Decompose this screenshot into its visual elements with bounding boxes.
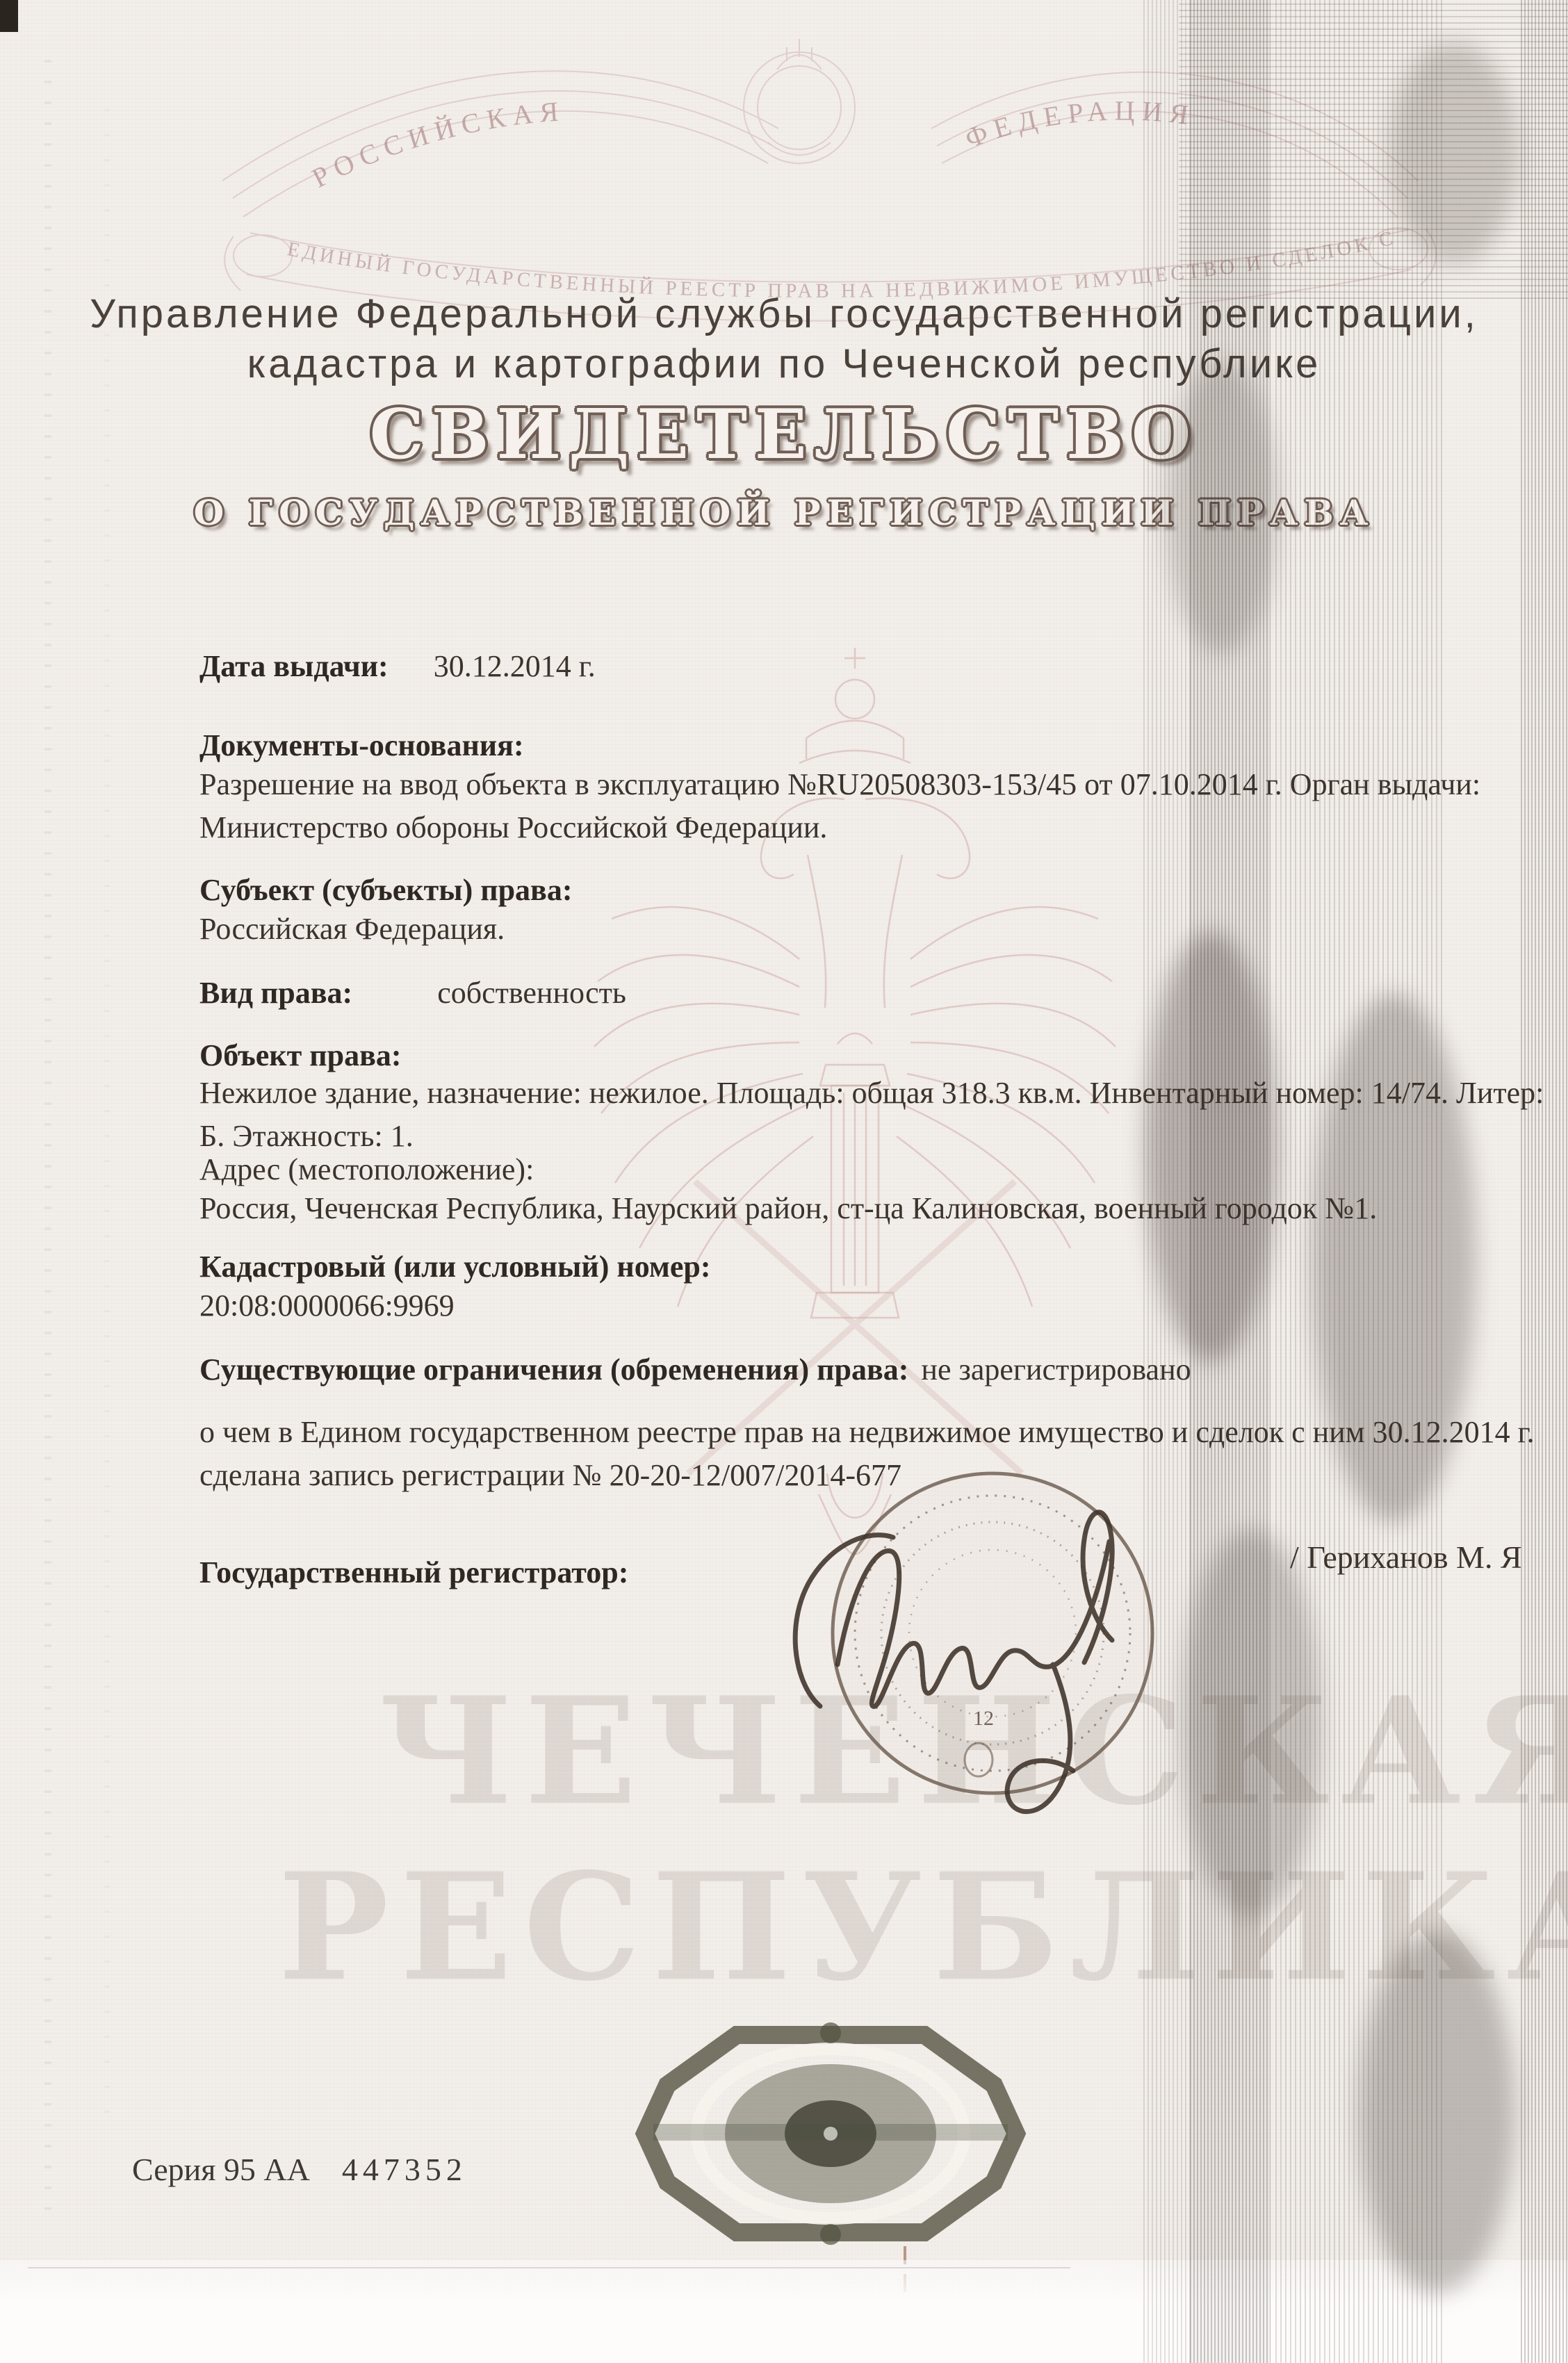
watermark-line2: РЕСПУБЛИКА [278,1840,1568,2013]
issue-date-row: Дата выдачи:30.12.2014 г. [199,645,596,688]
basis-text: Разрешение на ввод объекта в эксплуатаци… [199,763,1548,850]
series-line: Серия 95 АА447352 [132,2151,467,2188]
right-type-row: Вид права:собственность [199,972,626,1015]
registry-ribbon-text: ЕДИНЫЙ ГОСУДАРСТВЕННЫЙ РЕЕСТР ПРАВ НА НЕ… [0,0,1398,302]
restrictions-label: Существующие ограничения (обременения) п… [199,1352,908,1387]
registry-record-text: о чем в Едином государственном реестре п… [199,1411,1548,1498]
banner-right-text: ФЕДЕРАЦИЯ [961,95,1197,154]
corner-scan-mark [0,0,18,32]
certificate-subtitle: О ГОСУДАРСТВЕННОЙ РЕГИСТРАЦИИ ПРАВА [0,492,1568,533]
org-name-line2: кадастра и картографии по Чеченской респ… [0,341,1568,387]
series-number: 447352 [342,2152,467,2187]
address-value: Россия, Чеченская Республика, Наурский р… [199,1187,1548,1230]
cadastral-label: Кадастровый (или условный) номер: [199,1245,711,1289]
object-text: Нежилое здание, назначение: нежилое. Пло… [199,1072,1548,1159]
bottom-scan-rule [28,2267,1070,2268]
right-type-value: собственность [437,976,626,1010]
svg-text:ЕДИНЫЙ ГОСУДАРСТВЕННЫЙ РЕЕСТР: ЕДИНЫЙ ГОСУДАРСТВЕННЫЙ РЕЕСТР ПРАВ НА НЕ… [0,0,1398,302]
series-label: Серия 95 АА [132,2152,310,2187]
subject-label: Субъект (субъекты) права: [199,869,572,912]
org-name-line1: Управление Федеральной службы государств… [0,291,1568,337]
banner-left-text: РОССИЙСКАЯ [307,95,566,194]
registrar-name: Гериханов М. Я [1307,1539,1521,1575]
top-ornament [222,39,1436,321]
issue-date-label: Дата выдачи: [199,649,389,683]
certificate-page: РОССИЙСКАЯ ФЕДЕРАЦИЯ ЕДИНЫЙ ГОСУДАРСТВЕН… [0,0,1568,2363]
restrictions-value: не зарегистрировано [921,1352,1191,1387]
basis-label: Документы-основания: [199,724,524,767]
restrictions-row: Существующие ограничения (обременения) п… [199,1348,1191,1391]
subject-value: Российская Федерация. [199,908,505,951]
address-label: Адрес (местоположение): [199,1148,534,1191]
registrar-name-block: / Гериханов М. Я [1290,1539,1522,1576]
scan-crosshatch-top [1179,0,1568,299]
svg-text:РОССИЙСКАЯ: РОССИЙСКАЯ [307,95,566,194]
bottom-white-strip [0,2260,1568,2363]
svg-text:ФЕДЕРАЦИЯ: ФЕДЕРАЦИЯ [961,95,1197,154]
top-ornament-banner-text: РОССИЙСКАЯ ФЕДЕРАЦИЯ ЕДИНЫЙ ГОСУДАРСТВЕН… [0,0,1398,302]
registrar-slash: / [1290,1539,1299,1575]
cadastral-value: 20:08:0000066:9969 [199,1284,455,1327]
watermark-line1: ЧЕЧЕНСКАЯ [379,1665,1568,1838]
right-type-label: Вид права: [199,976,352,1010]
issue-date-value: 30.12.2014 г. [434,649,596,683]
ink-blotch [1390,42,1519,264]
registrar-label: Государственный регистратор: [199,1551,628,1594]
certificate-title: СВИДЕТЕЛЬСТВО [0,395,1568,475]
